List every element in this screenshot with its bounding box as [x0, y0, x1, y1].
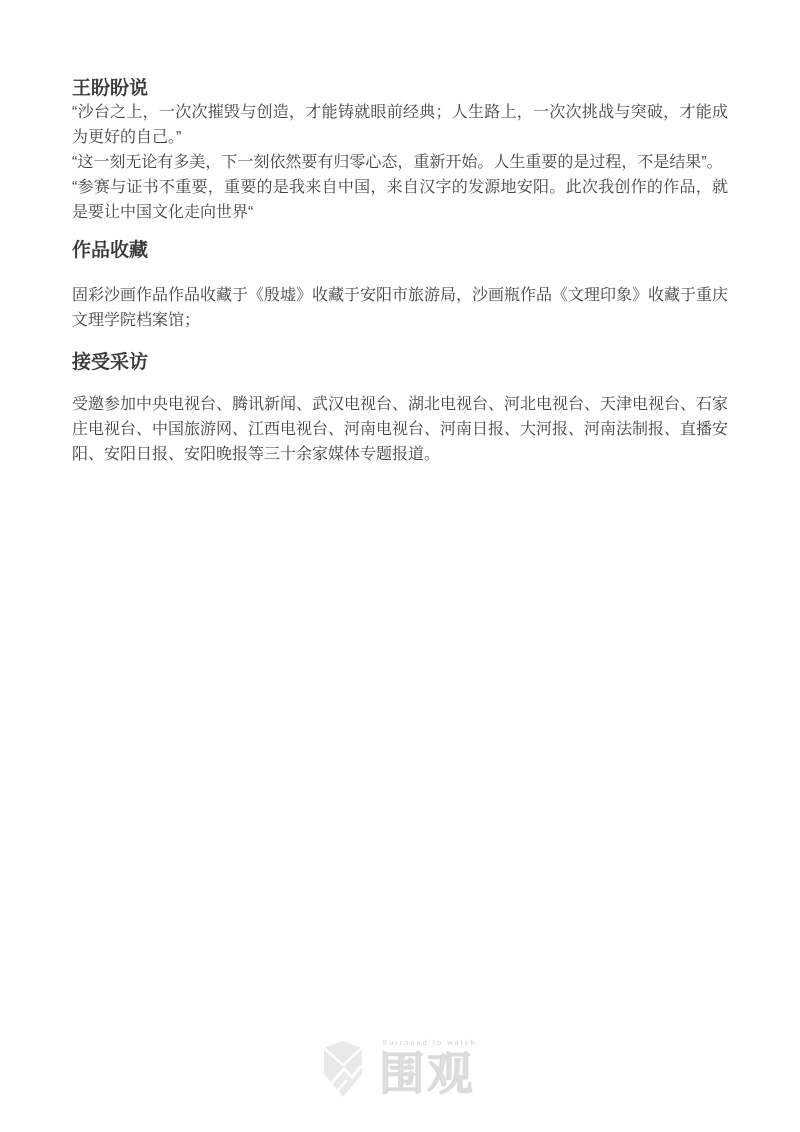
- section-heading-quotes: 王盼盼说: [72, 78, 728, 100]
- section-heading-interviews: 接受采访: [72, 352, 728, 374]
- collections-paragraph: 固彩沙画作品作品收藏于《殷墟》收藏于安阳市旅游局，沙画瓶作品《文理印象》收藏于重…: [72, 283, 728, 333]
- quote-paragraph-1: “沙台之上，一次次摧毁与创造，才能铸就眼前经典；人生路上，一次次挑战与突破，才能…: [72, 100, 728, 150]
- quote-paragraph-3: “参赛与证书不重要，重要的是我来自中国，来自汉字的发源地安阳。此次我创作的作品，…: [72, 175, 728, 225]
- brand-watermark: Surround to watch 围观: [0, 1040, 800, 1098]
- watermark-tagline: Surround to watch: [379, 1040, 476, 1047]
- quote-paragraph-2: “这一刻无论有多美，下一刻依然要有归零心态，重新开始。人生重要的是过程，不是结果…: [72, 150, 728, 175]
- section-quotes: 王盼盼说 “沙台之上，一次次摧毁与创造，才能铸就眼前经典；人生路上，一次次挑战与…: [72, 78, 728, 225]
- watermark-text-column: Surround to watch 围观: [379, 1040, 476, 1098]
- watermark-brand-characters: 围观: [379, 1050, 476, 1098]
- interviews-paragraph: 受邀参加中央电视台、腾讯新闻、武汉电视台、湖北电视台、河北电视台、天津电视台、石…: [72, 392, 728, 467]
- article-content: 王盼盼说 “沙台之上，一次次摧毁与创造，才能铸就眼前经典；人生路上，一次次挑战与…: [0, 0, 800, 467]
- article-page: 王盼盼说 “沙台之上，一次次摧毁与创造，才能铸就眼前经典；人生路上，一次次挑战与…: [0, 0, 800, 1132]
- section-heading-collections: 作品收藏: [72, 240, 728, 262]
- section-interviews: 接受采访 受邀参加中央电视台、腾讯新闻、武汉电视台、湖北电视台、河北电视台、天津…: [72, 352, 728, 467]
- shield-monogram-icon: [323, 1040, 363, 1098]
- section-collections: 作品收藏 固彩沙画作品作品收藏于《殷墟》收藏于安阳市旅游局，沙画瓶作品《文理印象…: [72, 240, 728, 333]
